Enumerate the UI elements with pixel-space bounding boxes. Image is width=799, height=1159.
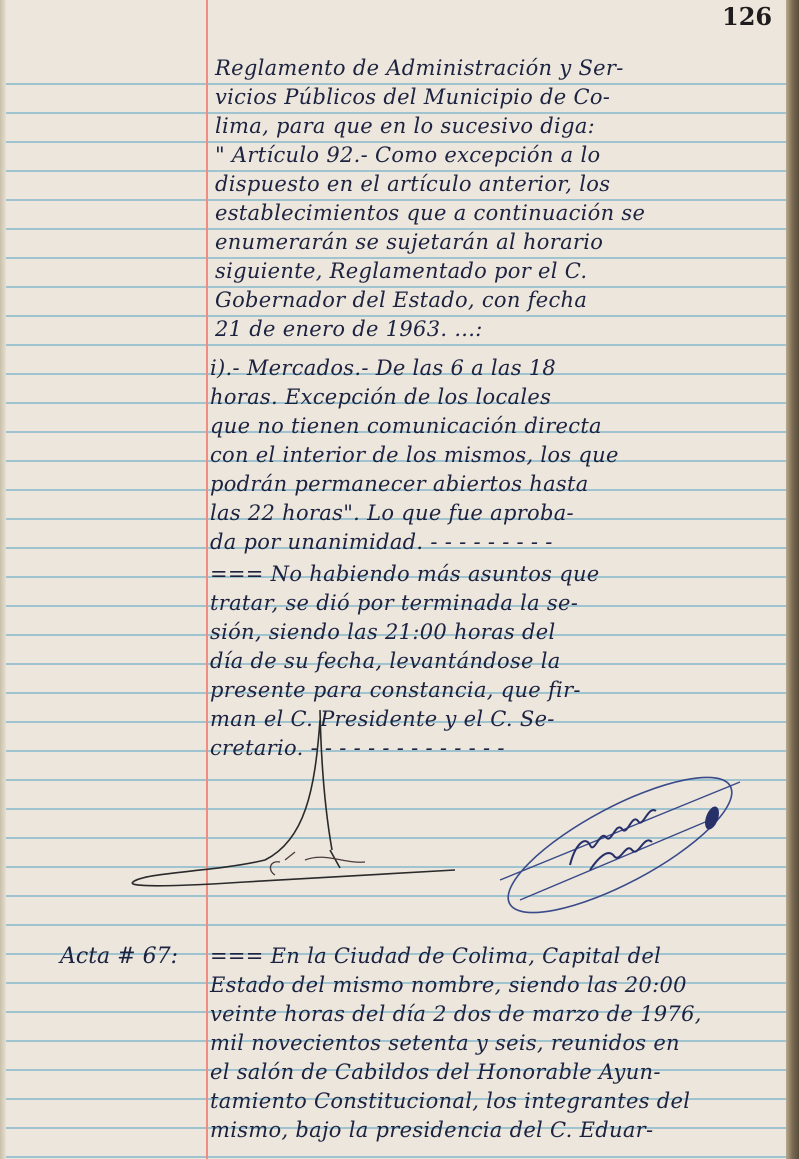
text-line: Estado del mismo nombre, siendo las 20:0…	[210, 973, 687, 997]
presidente-signature	[125, 700, 525, 890]
page-binding-edge	[0, 0, 6, 1159]
text-line: establecimientos que a continuación se	[215, 201, 645, 225]
text-line: tamiento Constitucional, los integrantes…	[210, 1089, 690, 1113]
text-line: === En la Ciudad de Colima, Capital del	[210, 944, 661, 968]
red-margin-line	[206, 0, 208, 1159]
text-line: veinte horas del día 2 dos de marzo de 1…	[210, 1002, 702, 1026]
text-line: presente para constancia, que fir-	[210, 678, 581, 702]
text-line: lima, para que en lo sucesivo diga:	[215, 114, 595, 138]
text-line: siguiente, Reglamentado por el C.	[215, 259, 587, 283]
text-line: dispuesto en el artículo anterior, los	[215, 172, 610, 196]
page-number: 126	[722, 2, 772, 31]
text-line: vicios Públicos del Municipio de Co-	[215, 85, 610, 109]
page-stack-edge	[786, 0, 799, 1159]
text-line: que no tienen comunicación directa	[210, 414, 602, 438]
text-line: tratar, se dió por terminada la se-	[210, 591, 578, 615]
secretario-signature	[480, 770, 780, 920]
text-line: Gobernador del Estado, con fecha	[215, 288, 587, 312]
text-line: enumerarán se sujetarán al horario	[215, 230, 603, 254]
text-line: podrán permanecer abiertos hasta	[210, 472, 589, 496]
text-line: horas. Excepción de los locales	[210, 385, 551, 409]
ledger-page: 126 Reglamento de Administración y Ser- …	[0, 0, 786, 1159]
text-line: las 22 horas". Lo que fue aproba-	[210, 501, 574, 525]
text-line: 21 de enero de 1963. ...:	[215, 317, 483, 341]
text-line: === No habiendo más asuntos que	[210, 562, 600, 586]
text-line: sión, siendo las 21:00 horas del	[210, 620, 555, 644]
text-line: mil novecientos setenta y seis, reunidos…	[210, 1031, 680, 1055]
text-line: día de su fecha, levantándose la	[210, 649, 561, 673]
text-line: i).- Mercados.- De las 6 a las 18	[210, 356, 556, 380]
text-line: " Artículo 92.- Como excepción a lo	[215, 143, 600, 167]
acta-number-label: Acta # 67:	[60, 944, 178, 969]
text-line: mismo, bajo la presidencia del C. Eduar-	[210, 1118, 653, 1142]
text-line: da por unanimidad. - - - - - - - - -	[210, 530, 553, 554]
text-line: con el interior de los mismos, los que	[210, 443, 619, 467]
text-line: el salón de Cabildos del Honorable Ayun-	[210, 1060, 661, 1084]
text-line: Reglamento de Administración y Ser-	[215, 56, 624, 80]
